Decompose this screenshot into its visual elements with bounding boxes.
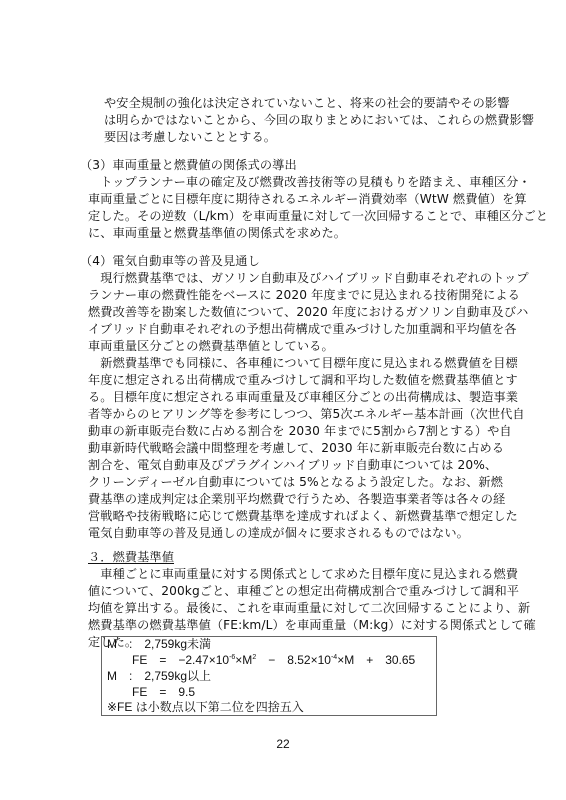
section-3-heading: （3）車両重量と燃費値の関係式の導出 xyxy=(80,157,297,174)
document-page: や安全規制の強化は決定されていないこと、将来の社会的要請やその影響 は明らかでは… xyxy=(0,0,566,800)
eq1-mid: ×M xyxy=(235,653,252,667)
formula-rounding-note: ※FE は小数点以下第二位を四捨五入 xyxy=(107,700,304,716)
chapter-3-line-2: 値について、200kgごと、車種ごとの想定出荷構成割合で重みづけして調和平 xyxy=(88,583,519,600)
section-4-line-2: ランナー車の燃費性能をベースに 2020 年度までに見込まれる技術開発による xyxy=(88,287,520,304)
chapter-3-line-3: 均値を算出する。最後に、これを車両重量に対して二次回帰することにより、新 xyxy=(88,600,530,617)
section-4-heading: （4）電気自動車等の普及見通し xyxy=(80,253,260,270)
formula-equation-1: FE = −2.47×10-6×M2 − 8.52×10-4×M + 30.65 xyxy=(132,653,415,669)
section-4-line-15: 営戦略や技術戦略に応じて燃費基準を達成すればよく、新燃費基準で想定した xyxy=(88,508,518,525)
chapter-3-line-4: 燃費基準の燃費基準値（FE:km/L）を車両重量（M:kg）に対する関係式として… xyxy=(88,617,536,634)
eq1-suffix: ×M + 30.65 xyxy=(337,653,415,667)
section-4-line-11: 動車新時代戦略会議中間整理を考慮して、2030 年に新車販売台数に占める xyxy=(88,440,504,457)
section-4-line-7: 年度に想定される出荷構成で重みづけして調和平均した数値を燃費基準値とす xyxy=(88,372,518,389)
section-4-line-10: 動車の新車販売台数に占める割合を 2030 年までに5割から7割とする）や自 xyxy=(88,423,512,440)
eq1-prefix: FE = −2.47×10 xyxy=(132,653,229,667)
section-3-line-1: トップランナー車の確定及び燃費改善技術等の見積もりを踏まえ、車種区分・ xyxy=(88,174,531,191)
section-4-line-1: 現行燃費基準では、ガソリン自動車及びハイブリッド自動車それぞれのトップ xyxy=(88,270,529,287)
intro-line-1: や安全規制の強化は決定されていないこと、将来の社会的要請やその影響 xyxy=(104,95,510,112)
section-4-line-8: る。目標年度に想定される車両重量及び車種区分ごとの出荷構成は、製造事業 xyxy=(88,389,518,406)
formula-equation-2: FE = 9.5 xyxy=(132,685,195,701)
formula-box: M : 2,759kg未満 FE = −2.47×10-6×M2 − 8.52×… xyxy=(101,636,437,716)
section-4-line-9: 者等からのヒアリング等を参考にしつつ、第5次エネルギー基本計画（次世代自 xyxy=(88,406,525,423)
section-3-line-2: 車両重量ごとに目標年度に期待されるエネルギー消費効率（WtW 燃費値）を算 xyxy=(88,191,527,208)
section-4-line-6: 新燃費基準でも同様に、各車種について目標年度に見込まれる燃費値を目標 xyxy=(88,355,518,372)
intro-line-3: 要因は考慮しないこととする。 xyxy=(104,129,276,146)
page-number: 22 xyxy=(0,737,566,751)
section-4-line-14: 費基準の達成判定は企業別平均燃費で行うため、各製造事業者等は各々の経 xyxy=(88,491,505,508)
section-4-line-12: 割合を、電気自動車及びプラグインハイブリッド自動車については 20%、 xyxy=(88,457,497,474)
intro-line-2: は明らかではないことから、今回の取りまとめにおいては、これらの燃費影響 xyxy=(104,112,534,129)
section-4-line-13: クリーンディーゼル自動車については 5%となるよう設定した。なお、新燃 xyxy=(88,474,503,491)
section-4-line-4: イブリッド自動車それぞれの予想出荷構成で重みづけした加重調和平均値を各 xyxy=(88,321,516,338)
chapter-3-heading: ３．燃費基準値 xyxy=(88,549,174,566)
section-3-line-3: 定した。その逆数（L/km）を車両重量に対して一次回帰することで、車種区分ごと xyxy=(88,208,548,225)
eq1-mid2: − 8.52×10 xyxy=(256,653,331,667)
section-4-line-3: 燃費改善等を勘案した数値について、2020 年度におけるガソリン自動車及びハ xyxy=(88,304,528,321)
chapter-3-line-1: 車種ごとに車両重量に対する関係式として求めた目標年度に見込まれる燃費 xyxy=(88,566,518,583)
section-4-line-16: 電気自動車等の普及見通しの達成が個々に要求されるものではない。 xyxy=(88,525,469,542)
section-4-line-5: 車両重量区分ごとの燃費基準値としている。 xyxy=(88,338,334,355)
formula-condition-2: M : 2,759kg以上 xyxy=(107,669,211,685)
section-3-line-4: に、車両重量と燃費基準値の関係式を求めた。 xyxy=(88,225,346,242)
formula-condition-1: M : 2,759kg未満 xyxy=(107,637,211,653)
